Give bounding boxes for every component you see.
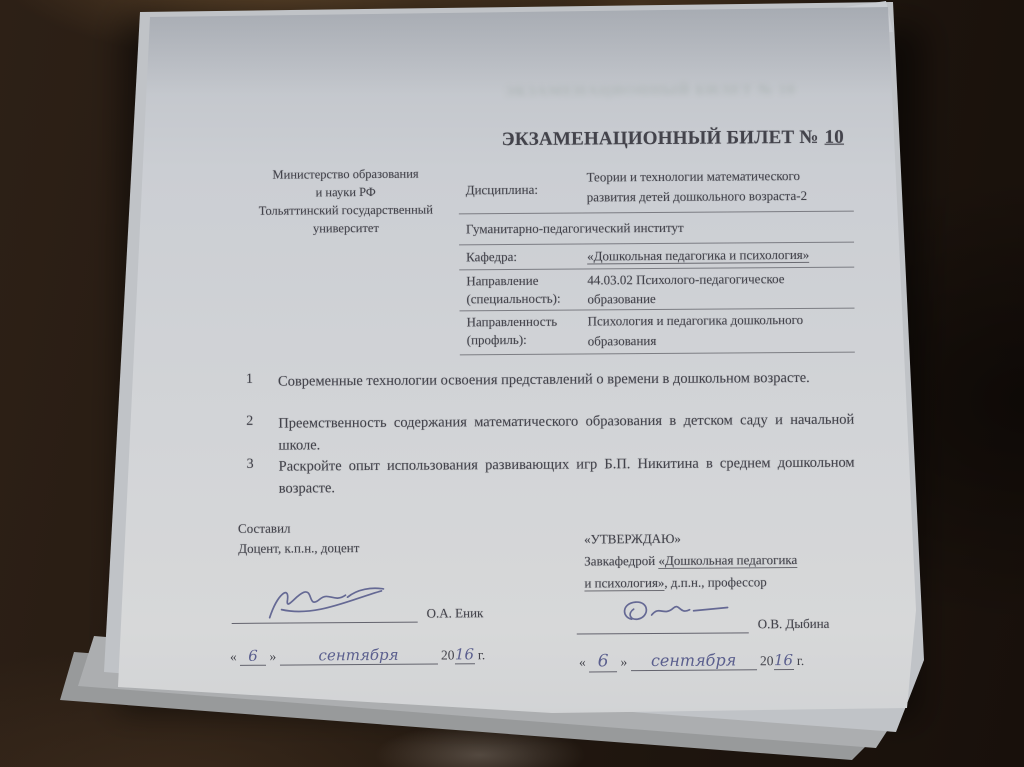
approver-date: « 6 » сентября 2016 г. xyxy=(579,650,804,673)
institution-line: и науки РФ xyxy=(235,182,457,202)
year-suffix: г. xyxy=(478,647,485,662)
day-handwritten: 6 xyxy=(598,651,609,671)
discipline-label: Дисциплина: xyxy=(466,182,538,199)
profile-label-1: Направленность xyxy=(467,314,558,331)
profile-label-2: (профиль): xyxy=(467,332,527,348)
month-handwritten: сентября xyxy=(651,650,736,670)
year-handwritten: 16 xyxy=(774,651,793,669)
form-rule xyxy=(459,267,854,271)
question-item: 3 Раскройте опыт использования развивающ… xyxy=(241,453,855,500)
quote-close: » xyxy=(269,649,276,664)
discipline-value-2: развития детей дошкольного возраста-2 xyxy=(587,188,855,206)
form-rule xyxy=(460,308,855,312)
year-prefix: 20 xyxy=(441,647,455,662)
quote-close: » xyxy=(620,654,627,669)
year-suffix: г. xyxy=(797,653,804,668)
direction-value-1: 44.03.02 Психолого-педагогическое xyxy=(587,271,855,289)
institution-line: университет xyxy=(235,218,457,238)
day-handwritten: 6 xyxy=(248,647,258,665)
ticket-number: 10 xyxy=(823,127,845,148)
question-text: Раскройте опыт использования развивающих… xyxy=(279,453,855,500)
form-rule xyxy=(459,242,854,246)
discipline-value-1: Теории и технологии математического xyxy=(587,168,855,186)
institution-block: Министерство образования и науки РФ Толь… xyxy=(234,164,456,238)
composer-role-1: Составил xyxy=(238,521,291,537)
question-number: 2 xyxy=(246,414,253,430)
enik-signature xyxy=(259,579,399,626)
department-value: «Дошкольная педагогика и психология» xyxy=(587,247,855,265)
question-number: 1 xyxy=(246,372,253,388)
month-blank: сентября xyxy=(279,646,437,666)
composer-date: « 6 » сентября 2016 г. xyxy=(230,645,485,666)
title-text: ЭКЗАМЕНАЦИОННЫЙ БИЛЕТ № xyxy=(502,127,819,150)
direction-value-2: образование xyxy=(587,290,855,308)
year-prefix: 20 xyxy=(760,653,774,668)
question-item: 1 Современные технологии освоения предст… xyxy=(240,368,854,394)
institution-line: Министерство образования xyxy=(234,164,456,184)
approver-name: О.В. Дыбина xyxy=(758,616,830,633)
photo-of-exam-ticket: { "colors": {"ink":"#43434b","pen":"#5b5… xyxy=(0,0,1024,767)
year-blank: 16 xyxy=(454,645,474,664)
department-label: Кафедра: xyxy=(466,249,517,265)
institution-line: Тольяттинский государственный xyxy=(235,200,457,220)
composer-role-2: Доцент, к.п.н., доцент xyxy=(238,540,359,557)
question-text: Преемственность содержания математическо… xyxy=(278,410,854,457)
question-number: 3 xyxy=(247,457,254,473)
exam-ticket-content: ЭКЗАМЕНАЦИОННЫЙ БИЛЕТ № 10 ЭКЗАМЕНАЦИОНН… xyxy=(0,0,1024,767)
direction-label-1: Направление xyxy=(466,273,538,290)
composer-name: О.А. Еник xyxy=(427,605,484,621)
institute-line: Гуманитарно-педагогический институт xyxy=(466,220,684,238)
form-rule xyxy=(459,211,854,215)
question-item: 2 Преемственность содержания математичес… xyxy=(240,410,854,457)
year-handwritten: 16 xyxy=(455,645,474,663)
form-rule xyxy=(460,352,855,356)
month-handwritten: сентября xyxy=(318,646,398,665)
bleed-through-title: ЭКЗАМЕНАЦИОННЫЙ БИЛЕТ № 10 xyxy=(490,82,810,101)
day-blank: 6 xyxy=(240,647,266,666)
day-blank: 6 xyxy=(589,651,617,672)
approval-stamp: «УТВЕРЖДАЮ» xyxy=(584,531,681,548)
approver-role-1: Завкафедрой «Дошкольная педагогика xyxy=(584,551,874,569)
month-blank: сентября xyxy=(631,650,757,671)
profile-value-1: Психология и педагогика дошкольного xyxy=(588,312,856,330)
quote-open: « xyxy=(230,649,237,664)
question-text: Современные технологии освоения представ… xyxy=(278,368,854,394)
page-title: ЭКЗАМЕНАЦИОННЫЙ БИЛЕТ № 10 xyxy=(473,126,873,151)
profile-value-2: образования xyxy=(588,332,856,350)
year-blank: 16 xyxy=(773,651,793,670)
quote-open: « xyxy=(579,654,586,669)
approver-role-prefix: Завкафедрой xyxy=(584,553,658,569)
approver-role-2: и психология», д.п.н., профессор xyxy=(584,573,874,591)
department-value-text: «Дошкольная педагогика и психология» xyxy=(587,247,809,265)
direction-label-2: (специальность): xyxy=(466,291,560,308)
approver-role-suffix: , д.п.н., профессор xyxy=(664,574,766,590)
approver-role-underlined-1: «Дошкольная педагогика xyxy=(658,552,797,569)
dybina-signature xyxy=(610,594,740,635)
approver-role-underlined-2: и психология» xyxy=(584,575,664,592)
